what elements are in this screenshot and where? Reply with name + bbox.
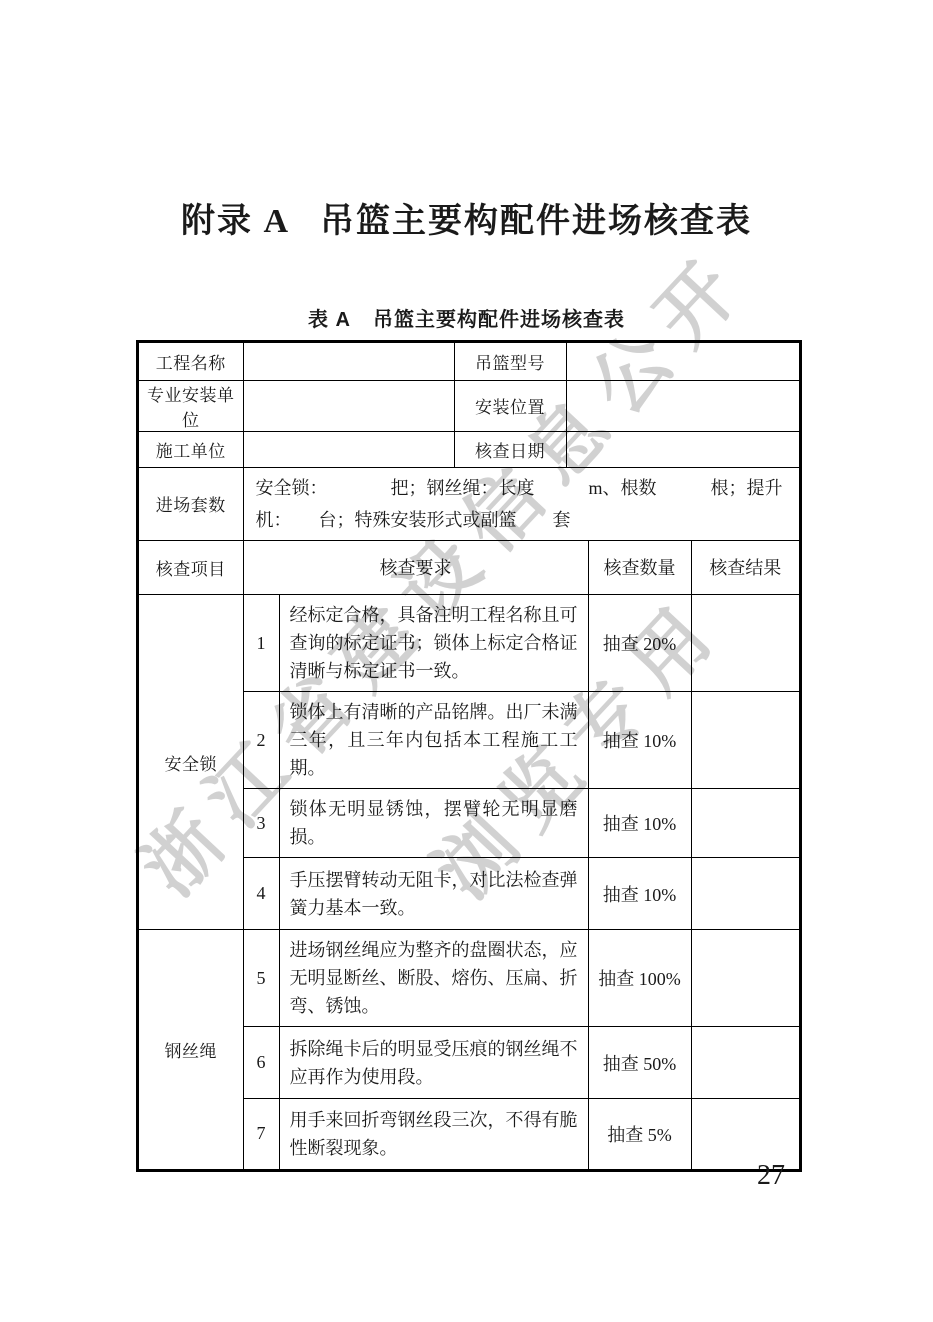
table-caption: 表 A吊篮主要构配件进场核查表	[0, 303, 933, 332]
row-number: 1	[243, 595, 279, 692]
check-date-label: 核查日期	[454, 431, 566, 467]
entry-quantity-content: 安全锁： 把；钢丝绳：长度 m、根数 根；提升 机： 台；特殊安装形式或副篮 套	[243, 467, 799, 540]
row-number: 3	[243, 789, 279, 858]
check-result-cell	[691, 1027, 799, 1099]
col-header-item: 核查项目	[139, 541, 243, 595]
page-title-text: 吊篮主要构配件进场核查表	[320, 203, 752, 240]
table-row: 专业安装单位 安装位置	[139, 380, 799, 431]
gondola-model-label: 吊篮型号	[454, 343, 566, 380]
group-item-wire-rope: 钢丝绳	[139, 930, 243, 1169]
check-date-value-cell	[566, 431, 799, 467]
document-page: 浙江省建设信息公开 浏览专用 附录 A吊篮主要构配件进场核查表 表 A吊篮主要构…	[0, 0, 933, 1322]
checklist-table: 核查项目 核查要求 核查数量 核查结果 安全锁 1 经标定合格，具备注明工程名称…	[139, 541, 799, 1169]
table-row: 工程名称 吊篮型号	[139, 343, 799, 380]
col-header-result: 核查结果	[691, 541, 799, 595]
check-result-cell	[691, 789, 799, 858]
row-number: 2	[243, 692, 279, 789]
installer-unit-label: 专业安装单位	[139, 380, 243, 431]
construction-unit-value-cell	[243, 431, 454, 467]
page-title: 附录 A吊篮主要构配件进场核查表	[0, 193, 933, 242]
check-quantity: 抽查 100%	[588, 930, 691, 1027]
inspection-table: 工程名称 吊篮型号 专业安装单位 安装位置 施工单位 核查日期 进场套数	[136, 340, 802, 1172]
installer-unit-value-cell	[243, 380, 454, 431]
table-row: 进场套数 安全锁： 把；钢丝绳：长度 m、根数 根；提升 机： 台；特殊安装形式…	[139, 467, 799, 540]
col-header-quantity: 核查数量	[588, 541, 691, 595]
project-name-label: 工程名称	[139, 343, 243, 380]
requirement-text: 拆除绳卡后的明显受压痕的钢丝绳不应再作为使用段。	[279, 1027, 588, 1099]
check-result-cell	[691, 858, 799, 930]
entry-quantity-line1: 安全锁： 把；钢丝绳：长度 m、根数 根；提升	[256, 472, 796, 504]
page-number: 27	[757, 1160, 785, 1192]
table-row: 钢丝绳 5 进场钢丝绳应为整齐的盘圈状态，应无明显断丝、断股、熔伤、压扁、折弯、…	[139, 930, 799, 1027]
row-number: 7	[243, 1099, 279, 1169]
check-quantity: 抽查 10%	[588, 789, 691, 858]
check-result-cell	[691, 930, 799, 1027]
check-quantity: 抽查 20%	[588, 595, 691, 692]
entry-quantity-label: 进场套数	[139, 467, 243, 540]
project-name-value-cell	[243, 343, 454, 380]
requirement-text: 进场钢丝绳应为整齐的盘圈状态，应无明显断丝、断股、熔伤、压扁、折弯、锈蚀。	[279, 930, 588, 1027]
check-quantity: 抽查 10%	[588, 858, 691, 930]
table-row: 施工单位 核查日期	[139, 431, 799, 467]
check-result-cell	[691, 1099, 799, 1169]
table-caption-prefix: 表 A	[308, 309, 351, 331]
install-position-label: 安装位置	[454, 380, 566, 431]
check-result-cell	[691, 692, 799, 789]
row-number: 4	[243, 858, 279, 930]
requirement-text: 手压摆臂转动无阻卡，对比法检查弹簧力基本一致。	[279, 858, 588, 930]
gondola-model-value-cell	[566, 343, 799, 380]
check-quantity: 抽查 50%	[588, 1027, 691, 1099]
check-result-cell	[691, 595, 799, 692]
table-header-row: 核查项目 核查要求 核查数量 核查结果	[139, 541, 799, 595]
check-quantity: 抽查 10%	[588, 692, 691, 789]
group-item-safety-lock: 安全锁	[139, 595, 243, 930]
row-number: 6	[243, 1027, 279, 1099]
requirement-text: 经标定合格，具备注明工程名称且可查询的标定证书；锁体上标定合格证清晰与标定证书一…	[279, 595, 588, 692]
construction-unit-label: 施工单位	[139, 431, 243, 467]
row-number: 5	[243, 930, 279, 1027]
table-row: 安全锁 1 经标定合格，具备注明工程名称且可查询的标定证书；锁体上标定合格证清晰…	[139, 595, 799, 692]
page-title-prefix: 附录 A	[181, 203, 290, 240]
col-header-requirement: 核查要求	[243, 541, 588, 595]
table-caption-text: 吊篮主要构配件进场核查表	[373, 309, 625, 331]
install-position-value-cell	[566, 380, 799, 431]
requirement-text: 用手来回折弯钢丝段三次，不得有脆性断裂现象。	[279, 1099, 588, 1169]
entry-quantity-line2: 机： 台；特殊安装形式或副篮 套	[256, 504, 796, 536]
check-quantity: 抽查 5%	[588, 1099, 691, 1169]
requirement-text: 锁体无明显锈蚀，摆臂轮无明显磨损。	[279, 789, 588, 858]
info-table: 工程名称 吊篮型号 专业安装单位 安装位置 施工单位 核查日期 进场套数	[139, 343, 799, 541]
requirement-text: 锁体上有清晰的产品铭牌。出厂未满三年，且三年内包括本工程施工工期。	[279, 692, 588, 789]
